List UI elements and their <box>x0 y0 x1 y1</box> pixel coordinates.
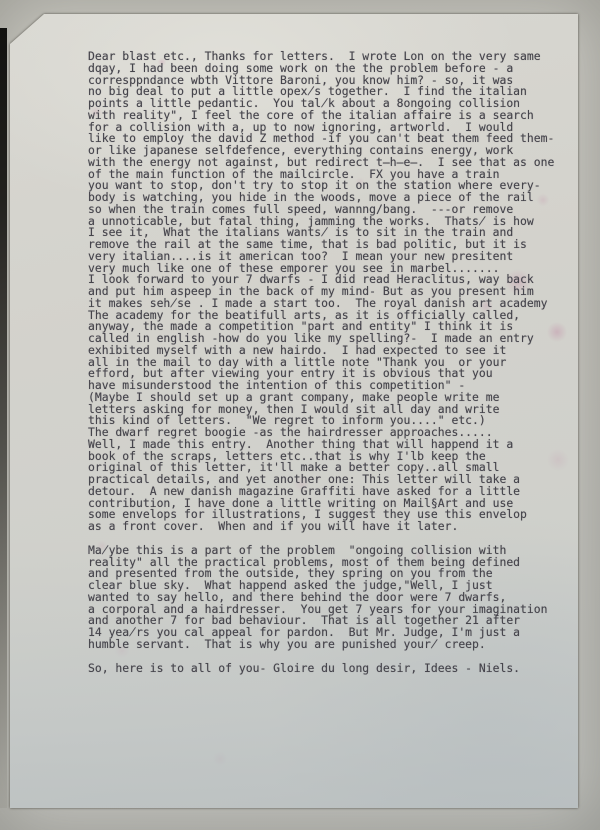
letter-closing-line: So, here is to all of you- Gloire du lon… <box>88 663 570 675</box>
letter-body: Dear blast etc., Thanks for letters. I w… <box>88 51 570 674</box>
letter-paper: Dear blast etc., Thanks for letters. I w… <box>10 14 578 808</box>
scanned-letter-image: Dear blast etc., Thanks for letters. I w… <box>0 0 600 830</box>
scan-left-edge-shadow <box>0 28 7 808</box>
letter-paragraph-main: Dear blast etc., Thanks for letters. I w… <box>88 51 570 533</box>
paper-shadow-wrap: Dear blast etc., Thanks for letters. I w… <box>0 0 600 830</box>
letter-paragraph-judge: Ma̸ybe this is a part of the problem "on… <box>88 545 570 651</box>
